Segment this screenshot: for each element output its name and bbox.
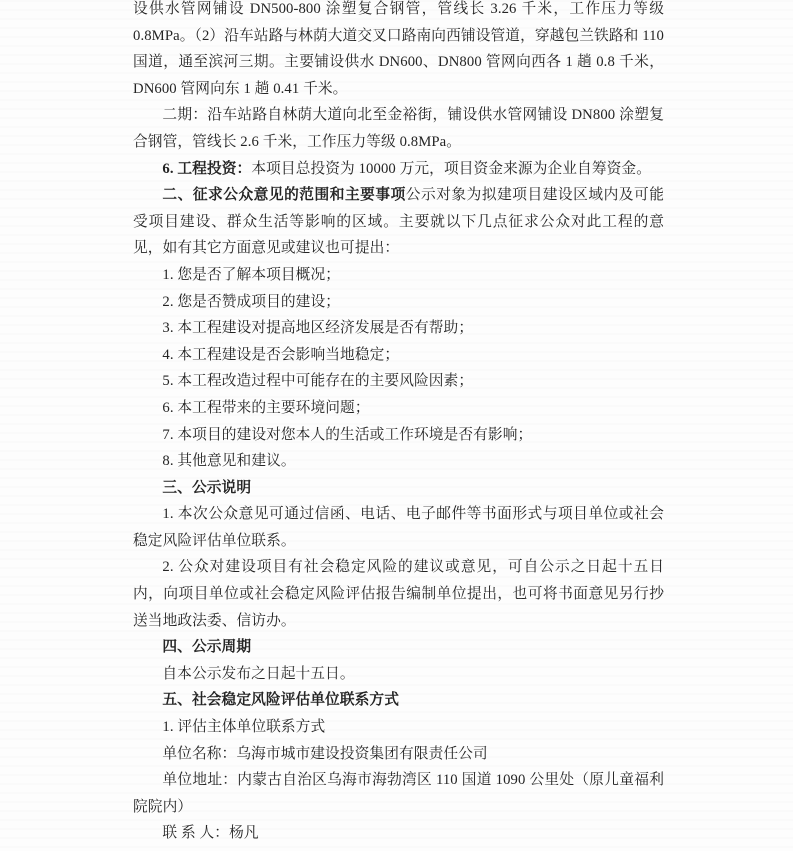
para-unit-name: 单位名称：乌海市城市建设投资集团有限责任公司: [133, 741, 664, 768]
para-label: 6. 工程投资：: [162, 161, 251, 177]
section-heading-4: 四、公示周期: [162, 639, 251, 655]
para-text: 6. 本工程带来的主要环境问题；: [162, 400, 369, 416]
para-text: 设供水管网铺设 DN500-800 涂塑复合钢管，管线长 3.26 千米，工作压…: [133, 1, 664, 97]
para-text: 2. 公众对建设项目有社会稳定风险的建议或意见，可自公示之日起十五日内，向项目单…: [133, 559, 664, 628]
para-section2-scope: 二、征求公众意见的范围和主要事项公示对象为拟建项目建设区域内及可能受项目建设、群…: [133, 182, 664, 262]
para-text: 4. 本工程建设是否会影响当地稳定；: [162, 347, 399, 363]
para-notice-method-2: 2. 公众对建设项目有社会稳定风险的建议或意见，可自公示之日起十五日内，向项目单…: [133, 554, 664, 634]
question-item-8: 8. 其他意见和建议。: [133, 448, 664, 475]
heading-section4: 四、公示周期: [133, 634, 664, 661]
question-item-2: 2. 您是否赞成项目的建设；: [133, 289, 664, 316]
para-investment: 6. 工程投资：本项目总投资为 10000 万元，项目资金来源为企业自筹资金。: [133, 156, 664, 183]
question-item-7: 7. 本项目的建设对您本人的生活或工作环境是否有影响；: [133, 422, 664, 449]
para-text: 单位地址：内蒙古自治区乌海市海勃湾区 110 国道 1090 公里处（原儿童福利…: [133, 772, 664, 815]
para-text: 自本公示发布之日起十五日。: [162, 666, 354, 682]
para-text: 5. 本工程改造过程中可能存在的主要风险因素；: [162, 373, 473, 389]
question-item-6: 6. 本工程带来的主要环境问题；: [133, 395, 664, 422]
para-unit-address: 单位地址：内蒙古自治区乌海市海勃湾区 110 国道 1090 公里处（原儿童福利…: [133, 767, 664, 820]
para-contact-method-title: 1. 评估主体单位联系方式: [133, 714, 664, 741]
document-text-column: 设供水管网铺设 DN500-800 涂塑复合钢管，管线长 3.26 千米，工作压…: [133, 0, 664, 847]
para-phase2: 二期：沿车站路自林荫大道向北至金裕街，铺设供水管网铺设 DN800 涂塑复合钢管…: [133, 102, 664, 155]
para-text: 7. 本项目的建设对您本人的生活或工作环境是否有影响；: [162, 427, 532, 443]
para-phase1-continued: 设供水管网铺设 DN500-800 涂塑复合钢管，管线长 3.26 千米，工作压…: [133, 0, 664, 102]
para-text: 8. 其他意见和建议。: [162, 453, 295, 469]
question-item-3: 3. 本工程建设对提高地区经济发展是否有帮助；: [133, 315, 664, 342]
question-item-5: 5. 本工程改造过程中可能存在的主要风险因素；: [133, 368, 664, 395]
para-text: 1. 您是否了解本项目概况；: [162, 267, 340, 283]
document-page: 设供水管网铺设 DN500-800 涂塑复合钢管，管线长 3.26 千米，工作压…: [0, 0, 793, 851]
para-text: 3. 本工程建设对提高地区经济发展是否有帮助；: [162, 320, 473, 336]
para-text: 二期：沿车站路自林荫大道向北至金裕街，铺设供水管网铺设 DN800 涂塑复合钢管…: [133, 107, 664, 150]
heading-section3: 三、公示说明: [133, 475, 664, 502]
heading-section5: 五、社会稳定风险评估单位联系方式: [133, 687, 664, 714]
para-contact-person: 联 系 人：杨凡: [133, 820, 664, 847]
para-text: 2. 您是否赞成项目的建设；: [162, 294, 340, 310]
para-period: 自本公示发布之日起十五日。: [133, 661, 664, 688]
section-heading-3: 三、公示说明: [162, 480, 251, 496]
para-text: 本项目总投资为 10000 万元，项目资金来源为企业自筹资金。: [251, 161, 651, 177]
para-text: 联 系 人：杨凡: [162, 825, 258, 841]
para-text: 1. 评估主体单位联系方式: [162, 719, 325, 735]
para-text: 1. 本次公众意见可通过信函、电话、电子邮件等书面形式与项目单位或社会稳定风险评…: [133, 506, 664, 549]
section-heading-2: 二、征求公众意见的范围和主要事项: [162, 187, 405, 203]
section-heading-5: 五、社会稳定风险评估单位联系方式: [162, 692, 399, 708]
para-text: 单位名称：乌海市城市建设投资集团有限责任公司: [162, 746, 487, 762]
para-notice-method-1: 1. 本次公众意见可通过信函、电话、电子邮件等书面形式与项目单位或社会稳定风险评…: [133, 501, 664, 554]
question-item-1: 1. 您是否了解本项目概况；: [133, 262, 664, 289]
question-item-4: 4. 本工程建设是否会影响当地稳定；: [133, 342, 664, 369]
